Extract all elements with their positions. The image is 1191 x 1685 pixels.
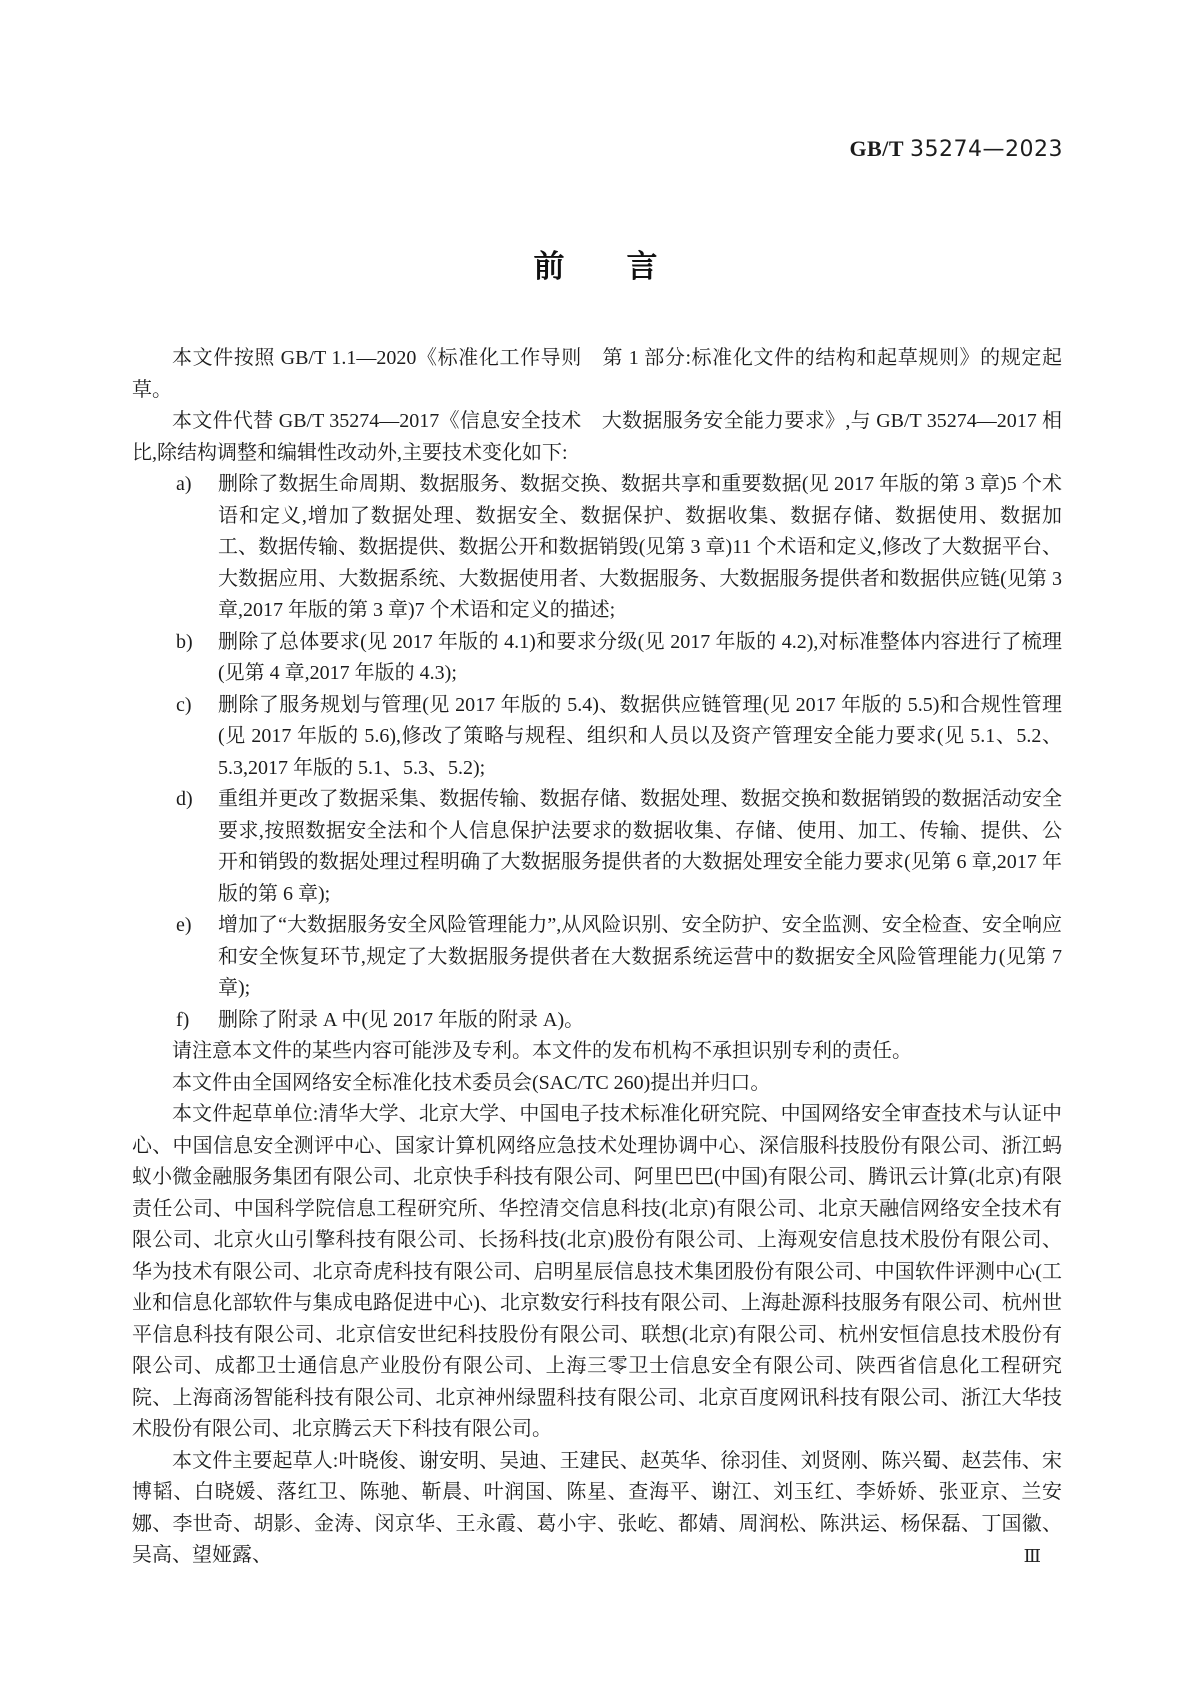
list-marker: b) — [132, 627, 218, 690]
paragraph-patent-notice: 请注意本文件的某些内容可能涉及专利。本文件的发布机构不承担识别专利的责任。 — [132, 1036, 1062, 1068]
list-item-text: 重组并更改了数据采集、数据传输、数据存储、数据处理、数据交换和数据销毁的数据活动… — [218, 784, 1062, 910]
paragraph-drafters: 本文件主要起草人:叶晓俊、谢安明、吴迪、王建民、赵英华、徐羽佳、刘贤刚、陈兴蜀、… — [132, 1446, 1062, 1572]
list-marker: a) — [132, 469, 218, 627]
page-number: Ⅲ — [1024, 1546, 1041, 1567]
page-title: 前 言 — [0, 241, 1191, 286]
list-item-f: f) 删除了附录 A 中(见 2017 年版的附录 A)。 — [132, 1005, 1062, 1037]
standard-number-header: GB/T35274—2023 — [849, 136, 1063, 162]
list-item-d: d) 重组并更改了数据采集、数据传输、数据存储、数据处理、数据交换和数据销毁的数… — [132, 784, 1062, 910]
list-marker: e) — [132, 910, 218, 1005]
list-item-text: 删除了服务规划与管理(见 2017 年版的 5.4)、数据供应链管理(见 201… — [218, 690, 1062, 785]
paragraph-replacement-note: 本文件代替 GB/T 35274—2017《信息安全技术 大数据服务安全能力要求… — [132, 406, 1062, 469]
list-item-c: c) 删除了服务规划与管理(见 2017 年版的 5.4)、数据供应链管理(见 … — [132, 690, 1062, 785]
technical-changes-list: a) 删除了数据生命周期、数据服务、数据交换、数据共享和重要数据(见 2017 … — [132, 469, 1062, 1036]
foreword-content: 本文件按照 GB/T 1.1—2020《标准化工作导则 第 1 部分:标准化文件… — [132, 343, 1062, 1572]
standard-code: 35274—2023 — [910, 137, 1063, 162]
list-item-b: b) 删除了总体要求(见 2017 年版的 4.1)和要求分级(见 2017 年… — [132, 627, 1062, 690]
list-marker: c) — [132, 690, 218, 785]
list-item-e: e) 增加了“大数据服务安全风险管理能力”,从风险识别、安全防护、安全监测、安全… — [132, 910, 1062, 1005]
list-item-a: a) 删除了数据生命周期、数据服务、数据交换、数据共享和重要数据(见 2017 … — [132, 469, 1062, 627]
standard-prefix: GB/T — [849, 136, 904, 161]
list-item-text: 增加了“大数据服务安全风险管理能力”,从风险识别、安全防护、安全监测、安全检查、… — [218, 910, 1062, 1005]
list-item-text: 删除了附录 A 中(见 2017 年版的附录 A)。 — [218, 1005, 1062, 1037]
list-marker: d) — [132, 784, 218, 910]
paragraph-drafting-organizations: 本文件起草单位:清华大学、北京大学、中国电子技术标准化研究院、中国网络安全审查技… — [132, 1099, 1062, 1446]
paragraph-drafting-basis: 本文件按照 GB/T 1.1—2020《标准化工作导则 第 1 部分:标准化文件… — [132, 343, 1062, 406]
list-marker: f) — [132, 1005, 218, 1037]
document-page: GB/T35274—2023 前 言 本文件按照 GB/T 1.1—2020《标… — [0, 0, 1191, 1685]
paragraph-committee: 本文件由全国网络安全标准化技术委员会(SAC/TC 260)提出并归口。 — [132, 1068, 1062, 1100]
list-item-text: 删除了数据生命周期、数据服务、数据交换、数据共享和重要数据(见 2017 年版的… — [218, 469, 1062, 627]
list-item-text: 删除了总体要求(见 2017 年版的 4.1)和要求分级(见 2017 年版的 … — [218, 627, 1062, 690]
